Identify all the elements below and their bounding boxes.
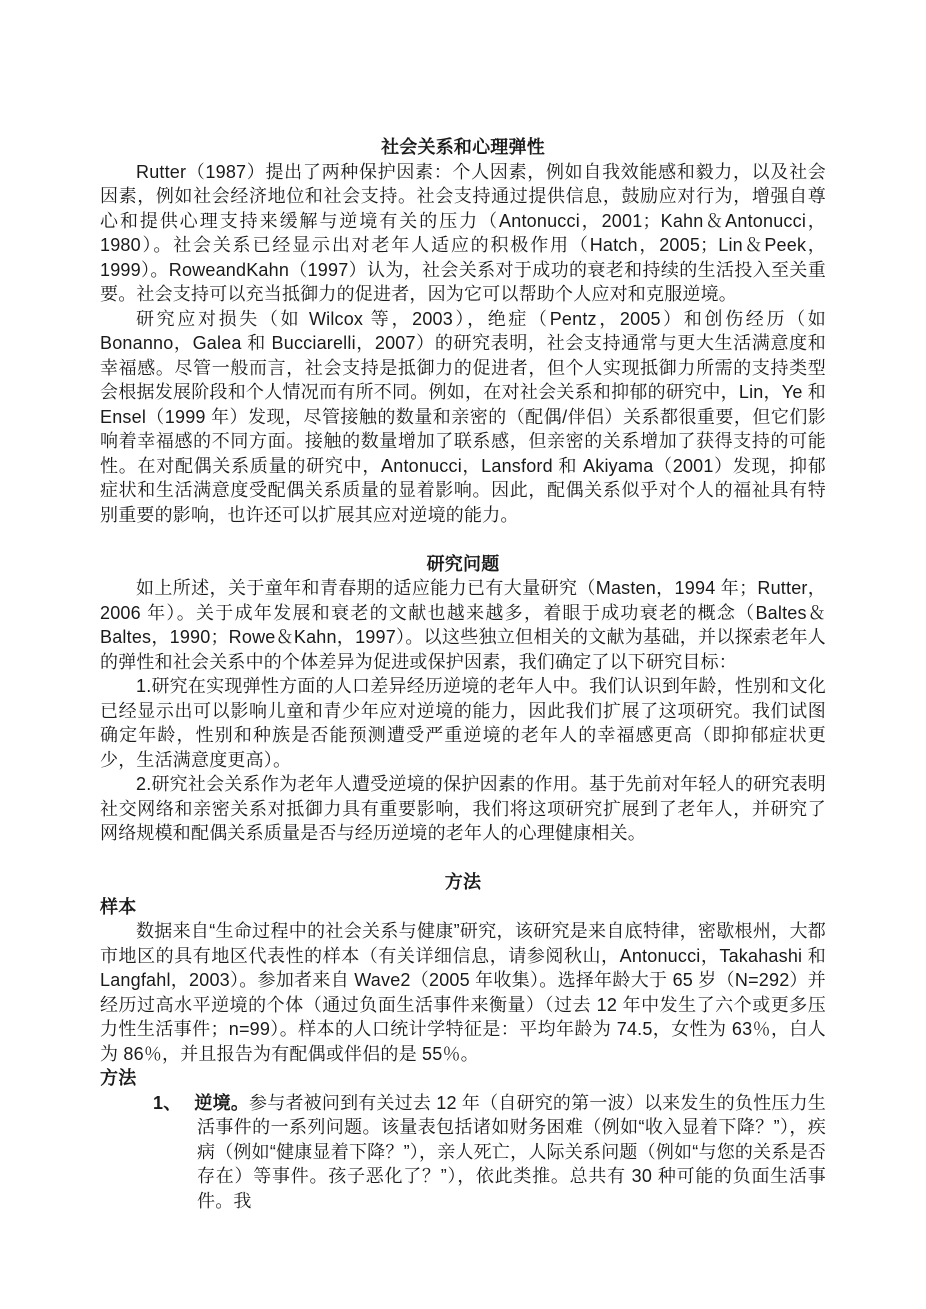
paragraph: 数据来自“生命过程中的社会关系与健康”研究，该研究是来自底特律，密歇根州，大都市…	[100, 919, 826, 1066]
paragraph: 研究应对损失（如 Wilcox 等，2003），绝症（Pentz，2005）和创…	[100, 307, 826, 528]
subsection-heading: 方法	[100, 1066, 826, 1091]
list-item-lead: 逆境。	[194, 1093, 249, 1113]
paragraph: 如上所述，关于童年和青春期的适应能力已有大量研究（Masten，1994 年；R…	[100, 576, 826, 674]
paragraph: 1.研究在实现弹性方面的人口差异经历逆境的老年人中。我们认识到年龄，性别和文化已…	[100, 674, 826, 772]
paragraph: Rutter（1987）提出了两种保护因素：个人因素，例如自我效能感和毅力，以及…	[100, 160, 826, 307]
list-item-number: 1、	[153, 1093, 194, 1113]
document-title: 社会关系和心理弹性	[100, 135, 826, 160]
section-heading: 方法	[100, 870, 826, 895]
document-content: 社会关系和心理弹性Rutter（1987）提出了两种保护因素：个人因素，例如自我…	[100, 135, 826, 1213]
section-heading: 研究问题	[100, 552, 826, 577]
numbered-list-item: 1、逆境。参与者被问到有关过去 12 年（自研究的第一波）以来发生的负性压力生活…	[100, 1091, 826, 1214]
paragraph: 2.研究社会关系作为老年人遭受逆境的保护因素的作用。基于先前对年轻人的研究表明社…	[100, 772, 826, 846]
document-page: 社会关系和心理弹性Rutter（1987）提出了两种保护因素：个人因素，例如自我…	[0, 0, 926, 1309]
list-item-text: 参与者被问到有关过去 12 年（自研究的第一波）以来发生的负性压力生活事件的一系…	[197, 1093, 826, 1211]
subsection-heading: 样本	[100, 895, 826, 920]
